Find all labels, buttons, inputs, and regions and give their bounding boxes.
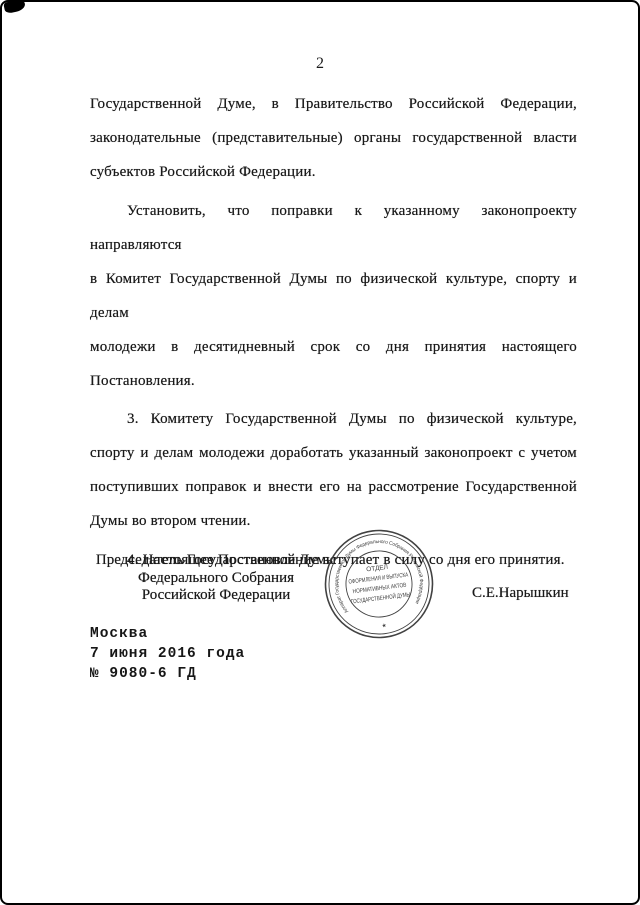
city-line: Москва [90,624,245,644]
text-line: поступивших поправок и внести его на рас… [90,470,577,504]
official-seal-stamp: Аппарат Государственной Думы Федеральног… [311,516,447,652]
text-line: Установить, что поправки к указанному за… [90,194,577,262]
signature-title-line: Федерального Собрания [90,570,342,588]
paragraph-item-3: 3. Комитету Государственной Думы по физи… [90,402,577,538]
stamp-svg: Аппарат Государственной Думы Федеральног… [311,516,447,652]
date-and-number-block: Москва 7 июня 2016 года № 9080-6 ГД [90,624,245,684]
paragraph-2: Установить, что поправки к указанному за… [90,194,577,398]
text-line: 3. Комитету Государственной Думы по физи… [90,402,577,436]
signatory-name: С.Е.Нарышкин [472,585,569,602]
stamp-star-icon: ★ [381,623,387,630]
document-number-line: № 9080-6 ГД [90,664,245,684]
text-line: субъектов Российской Федерации. [90,155,577,189]
signature-title-line: Председатель Государственной Думы [90,552,342,570]
page-number: 2 [2,53,638,75]
paragraph-continuation: Государственной Думе, в Правительство Ро… [90,87,577,189]
text-line: молодежи в десятидневный срок со дня при… [90,330,577,364]
scanned-document-page: 2 Государственной Думе, в Правительство … [0,0,640,905]
text-line: законодательные (представительные) орган… [90,121,577,155]
text-line: спорту и делам молодежи доработать указа… [90,436,577,470]
text-line: Государственной Думе, в Правительство Ро… [90,87,577,121]
stamp-center-text: ОТДЕЛ [366,564,389,574]
signature-title-block: Председатель Государственной Думы Федера… [90,552,342,605]
text-line: Постановления. [90,364,577,398]
signature-title-line: Российской Федерации [90,587,342,605]
text-line: в Комитет Государственной Думы по физиче… [90,262,577,330]
stamp-ring-text: Аппарат Государственной Думы Федеральног… [329,534,428,615]
date-line: 7 июня 2016 года [90,644,245,664]
document-body: Государственной Думе, в Правительство Ро… [90,87,577,577]
scan-artifact-blob [3,0,26,14]
